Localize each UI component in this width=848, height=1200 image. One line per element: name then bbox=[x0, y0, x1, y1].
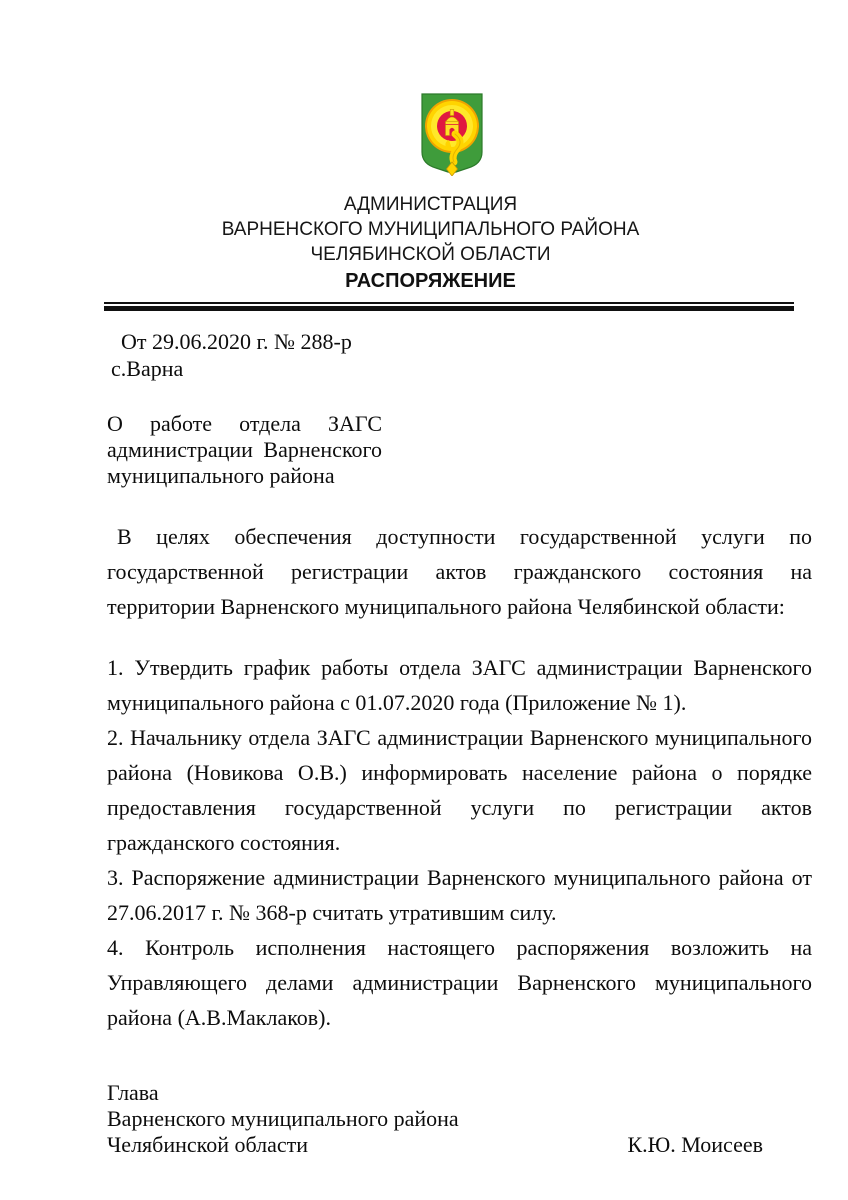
preamble-paragraph: В целях обеспечения доступности государс… bbox=[107, 519, 812, 624]
document-type-title: РАСПОРЯЖЕНИЕ bbox=[78, 269, 783, 294]
signature-name: К.Ю. Моисеев bbox=[627, 1132, 763, 1158]
header-divider bbox=[104, 302, 794, 311]
org-line-1: АДМИНИСТРАЦИЯ bbox=[78, 192, 783, 217]
signature-title-line-1: Глава bbox=[107, 1080, 812, 1106]
ordered-items: 1. Утвердить график работы отдела ЗАГС а… bbox=[107, 650, 812, 1035]
item-3: 3. Распоряжение администрации Варненског… bbox=[107, 860, 812, 930]
document-subject: О работе отдела ЗАГС администрации Варне… bbox=[107, 411, 382, 489]
org-line-3: ЧЕЛЯБИНСКОЙ ОБЛАСТИ bbox=[78, 242, 783, 267]
date-and-number: От 29.06.2020 г. № 288-р bbox=[107, 328, 812, 355]
document-content: АДМИНИСТРАЦИЯ ВАРНЕНСКОГО МУНИЦИПАЛЬНОГО… bbox=[107, 0, 812, 1158]
signature-row: Челябинской области К.Ю. Моисеев bbox=[107, 1132, 812, 1158]
organization-header: АДМИНИСТРАЦИЯ ВАРНЕНСКОГО МУНИЦИПАЛЬНОГО… bbox=[78, 192, 783, 267]
item-2: 2. Начальнику отдела ЗАГС администрации … bbox=[107, 720, 812, 860]
item-1: 1. Утвердить график работы отдела ЗАГС а… bbox=[107, 650, 812, 720]
coat-of-arms bbox=[99, 92, 804, 176]
item-4: 4. Контроль исполнения настоящего распор… bbox=[107, 930, 812, 1035]
signature-title-line-2: Варненского муниципального района bbox=[107, 1106, 812, 1132]
coat-of-arms-icon bbox=[419, 92, 485, 176]
org-line-2: ВАРНЕНСКОГО МУНИЦИПАЛЬНОГО РАЙОНА bbox=[78, 217, 783, 242]
signature-block: Глава Варненского муниципального района … bbox=[107, 1080, 812, 1158]
place-line: с.Варна bbox=[107, 355, 812, 382]
document-page: АДМИНИСТРАЦИЯ ВАРНЕНСКОГО МУНИЦИПАЛЬНОГО… bbox=[0, 0, 848, 1200]
signature-title-line-3: Челябинской области bbox=[107, 1132, 308, 1158]
